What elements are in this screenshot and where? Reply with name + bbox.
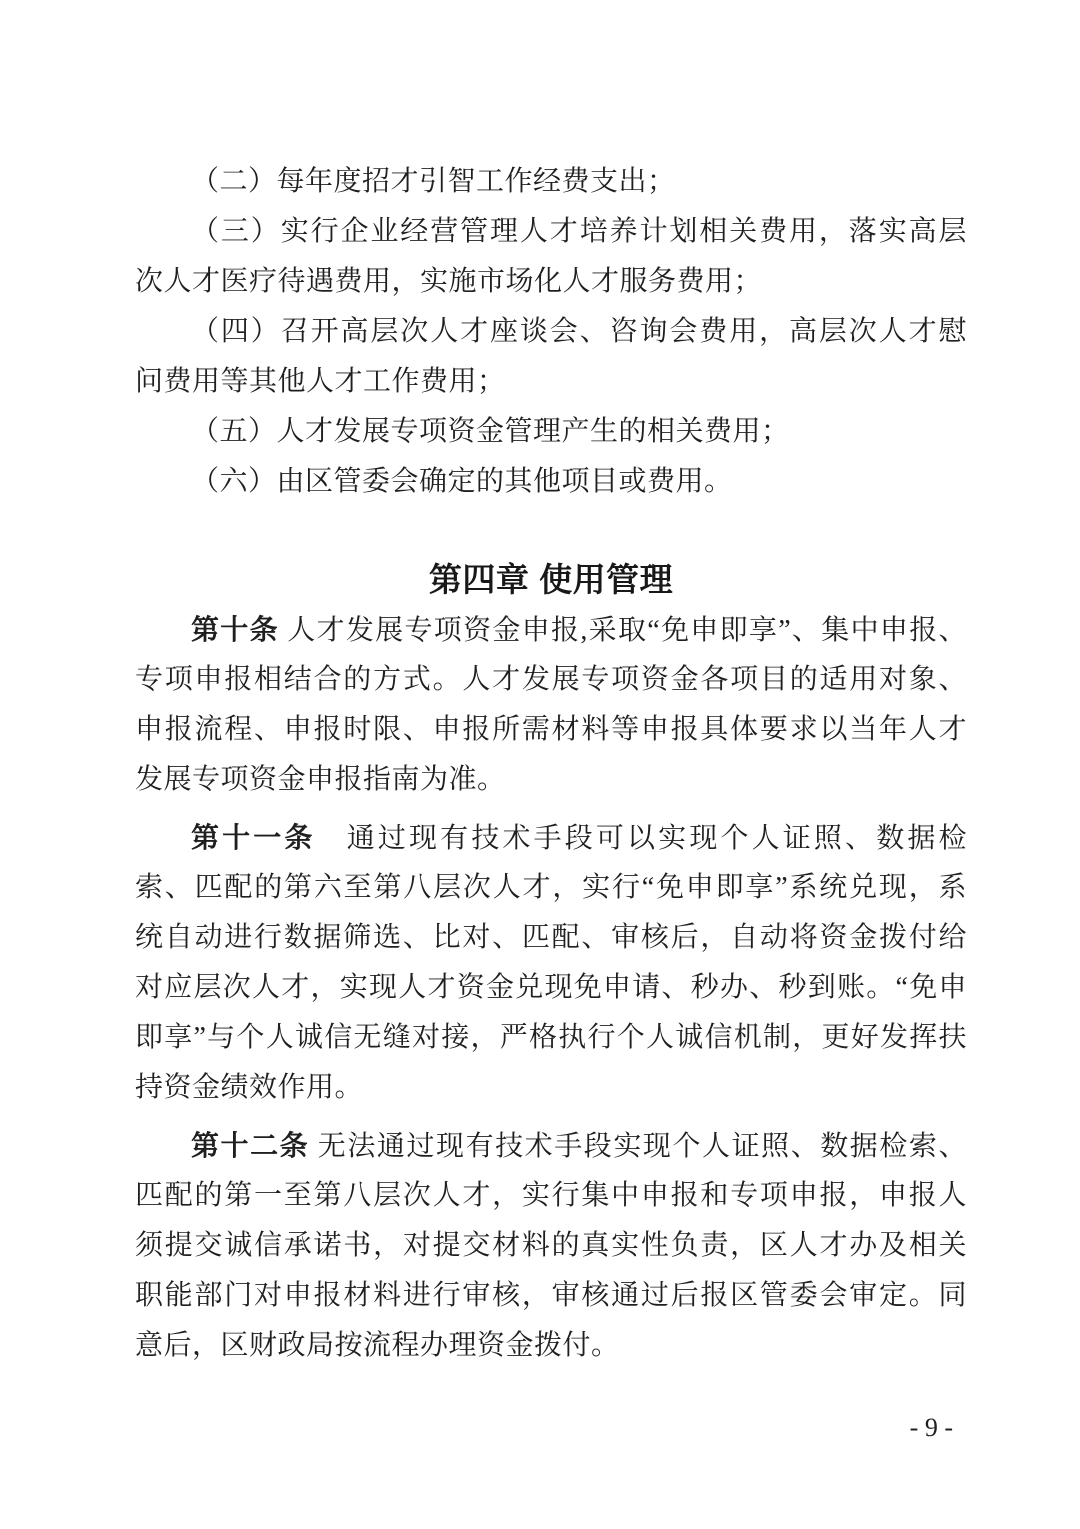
text-line: 持资金绩效作用。 <box>135 1063 967 1113</box>
text-line: 匹配的第一至第八层次人才，实行集中申报和专项申报，申报人 <box>135 1171 967 1221</box>
text-line: 次人才医疗待遇费用，实施市场化人才服务费用； <box>135 257 967 307</box>
text-line: 对应层次人才，实现人才资金兑现免申请、秒办、秒到账。“免申 <box>135 963 967 1013</box>
text-line: 意后，区财政局按流程办理资金拨付。 <box>135 1321 967 1371</box>
page-number: - 9 - <box>910 1408 953 1448</box>
text-line: （五）人才发展专项资金管理产生的相关费用； <box>135 407 967 457</box>
text-line: （六）由区管委会确定的其他项目或费用。 <box>135 457 967 507</box>
line-text: 通过现有技术手段可以实现个人证照、数据检 <box>316 823 967 854</box>
text-line: 申报流程、申报时限、申报所需材料等申报具体要求以当年人才 <box>135 705 967 755</box>
text-line: 索、匹配的第六至第八层次人才，实行“免申即享”系统兑现，系 <box>135 863 967 913</box>
text-line: 统自动进行数据筛选、比对、匹配、审核后，自动将资金拨付给 <box>135 913 967 963</box>
article-number: 第十二条 <box>191 1130 309 1161</box>
text-line: 问费用等其他人才工作费用； <box>135 357 967 407</box>
line-text: 无法通过现有技术手段实现个人证照、数据检索、 <box>309 1131 967 1162</box>
text-line: （二）每年度招才引智工作经费支出； <box>135 157 967 207</box>
line-text: 人才发展专项资金申报,采取“免申即享”、集中申报、 <box>279 615 967 646</box>
text-line: 职能部门对申报材料进行审核，审核通过后报区管委会审定。同 <box>135 1271 967 1321</box>
text-line: （四）召开高层次人才座谈会、咨询会费用，高层次人才慰 <box>135 307 967 357</box>
article-number: 第十条 <box>191 614 279 645</box>
text-line: 须提交诚信承诺书，对提交材料的真实性负责，区人才办及相关 <box>135 1221 967 1271</box>
document-page: （二）每年度招才引智工作经费支出；（三）实行企业经营管理人才培养计划相关费用，落… <box>0 0 1080 1529</box>
text-line: 专项申报相结合的方式。人才发展专项资金各项目的适用对象、 <box>135 655 967 705</box>
text-line: 第十条 人才发展专项资金申报,采取“免申即享”、集中申报、 <box>135 605 967 655</box>
text-line: 发展专项资金申报指南为准。 <box>135 755 967 805</box>
text-line: （三）实行企业经营管理人才培养计划相关费用，落实高层 <box>135 207 967 257</box>
article-number: 第十一条 <box>191 822 316 853</box>
text-line: 第十一条 通过现有技术手段可以实现个人证照、数据检 <box>135 813 967 863</box>
text-line: 第十二条 无法通过现有技术手段实现个人证照、数据检索、 <box>135 1121 967 1171</box>
text-line: 即享”与个人诚信无缝对接，严格执行个人诚信机制，更好发挥扶 <box>135 1013 967 1063</box>
document-content: （二）每年度招才引智工作经费支出；（三）实行企业经营管理人才培养计划相关费用，落… <box>135 157 967 1371</box>
chapter-heading: 第四章 使用管理 <box>135 555 967 605</box>
